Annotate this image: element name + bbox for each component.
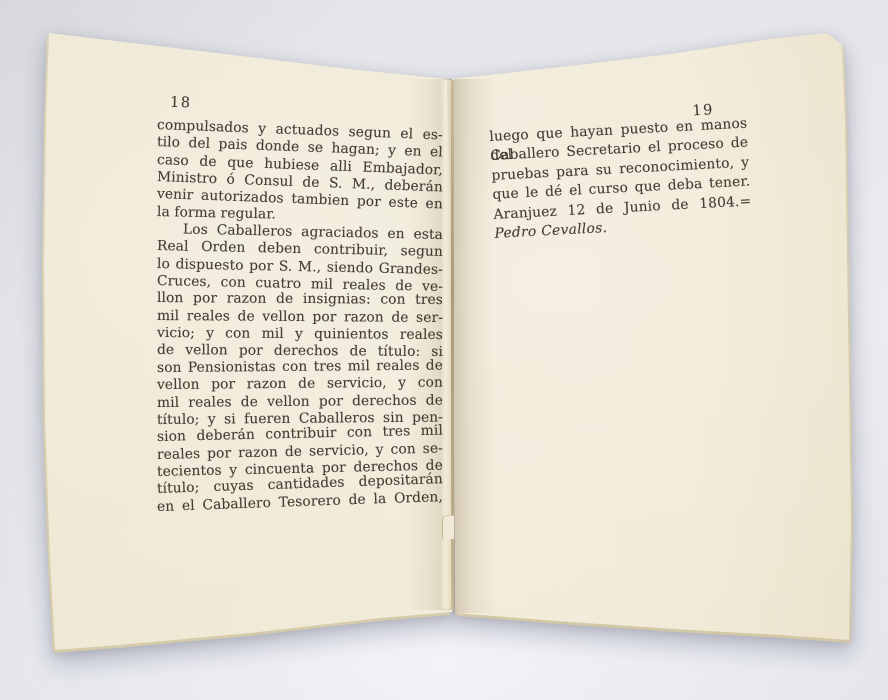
- text-line: llon por razon de insignias: con tres: [157, 290, 443, 309]
- page-number-left: 18: [170, 95, 192, 112]
- page-number-right: 19: [692, 102, 714, 119]
- left-page-text: compulsados y actuados segun el es- tilo…: [157, 117, 443, 516]
- text-line: vellon por razon de servicio, y con: [157, 375, 443, 395]
- text-line: mil reales de vellon por razon de ser-: [157, 308, 443, 327]
- photo-backdrop: 18 compulsados y actuados segun el es- t…: [0, 0, 888, 700]
- open-booklet: 18 compulsados y actuados segun el es- t…: [0, 0, 888, 700]
- text-line: mil reales de vellon por derechos de: [157, 392, 443, 412]
- right-page-text: luego que hayan puesto en manos del Caba…: [489, 114, 753, 244]
- gutter-fold-tab: [442, 515, 454, 539]
